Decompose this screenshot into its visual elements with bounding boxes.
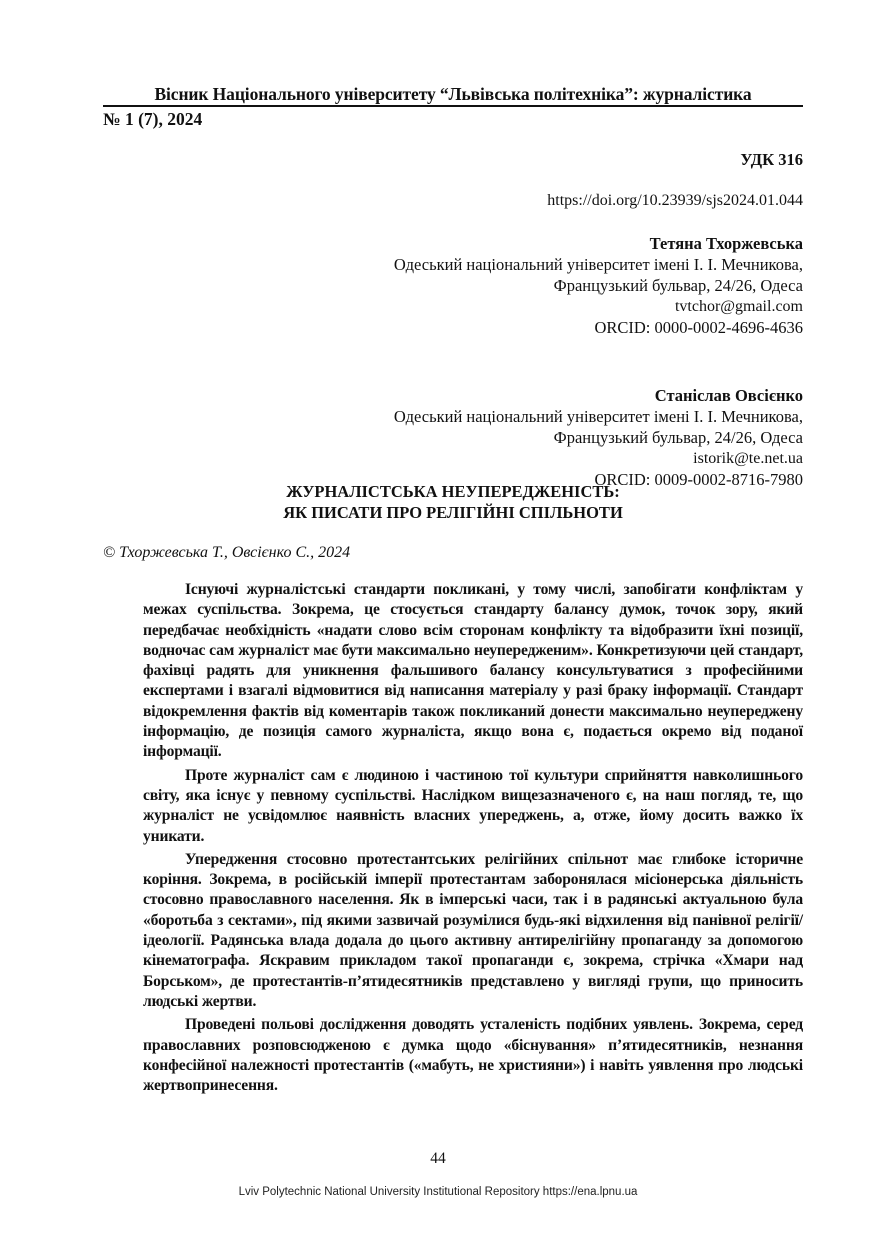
author-affiliation: Одеський національний університет імені … [394,254,803,275]
issue-number: № 1 (7), 2024 [103,109,202,130]
paper-title-line: ЖУРНАЛІСТСЬКА НЕУПЕРЕДЖЕНІСТЬ: [103,481,803,502]
paper-title-line: ЯК ПИСАТИ ПРО РЕЛІГІЙНІ СПІЛЬНОТИ [103,502,803,523]
abstract-paragraph: Проте журналіст сам є людиною і частиною… [143,766,803,847]
abstract-paragraph: Упередження стосовно протестантських рел… [143,850,803,1012]
author-affiliation: Одеський національний університет імені … [394,406,803,427]
abstract-paragraph: Існуючі журналістські стандарти покликан… [143,580,803,763]
paper-title: ЖУРНАЛІСТСЬКА НЕУПЕРЕДЖЕНІСТЬ: ЯК ПИСАТИ… [103,481,803,523]
author-name: Станіслав Овсієнко [394,385,803,406]
paper-page: Вісник Національного університету “Львів… [0,0,876,1240]
author-address: Французький бульвар, 24/26, Одеса [394,275,803,296]
author-email[interactable]: istorik@te.net.ua [394,448,803,469]
repository-footer: Lviv Polytechnic National University Ins… [0,1186,876,1198]
header-rule [103,105,803,107]
author-email[interactable]: tvtchor@gmail.com [394,296,803,317]
author-block: Тетяна Тхоржевська Одеський національний… [394,233,803,338]
author-address: Французький бульвар, 24/26, Одеса [394,427,803,448]
author-block: Станіслав Овсієнко Одеський національний… [394,385,803,490]
abstract-paragraph: Проведені польові дослідження доводять у… [143,1015,803,1096]
abstract: Існуючі журналістські стандарти покликан… [143,580,803,1096]
copyright-notice: © Тхоржевська Т., Овсієнко С., 2024 [103,544,350,562]
author-orcid: ORCID: 0000-0002-4696-4636 [394,317,803,338]
author-name: Тетяна Тхоржевська [394,233,803,254]
doi-link[interactable]: https://doi.org/10.23939/sjs2024.01.044 [547,192,803,210]
journal-title: Вісник Національного університету “Львів… [103,84,803,105]
udc-code: УДК 316 [740,150,803,170]
page-number: 44 [0,1150,876,1168]
